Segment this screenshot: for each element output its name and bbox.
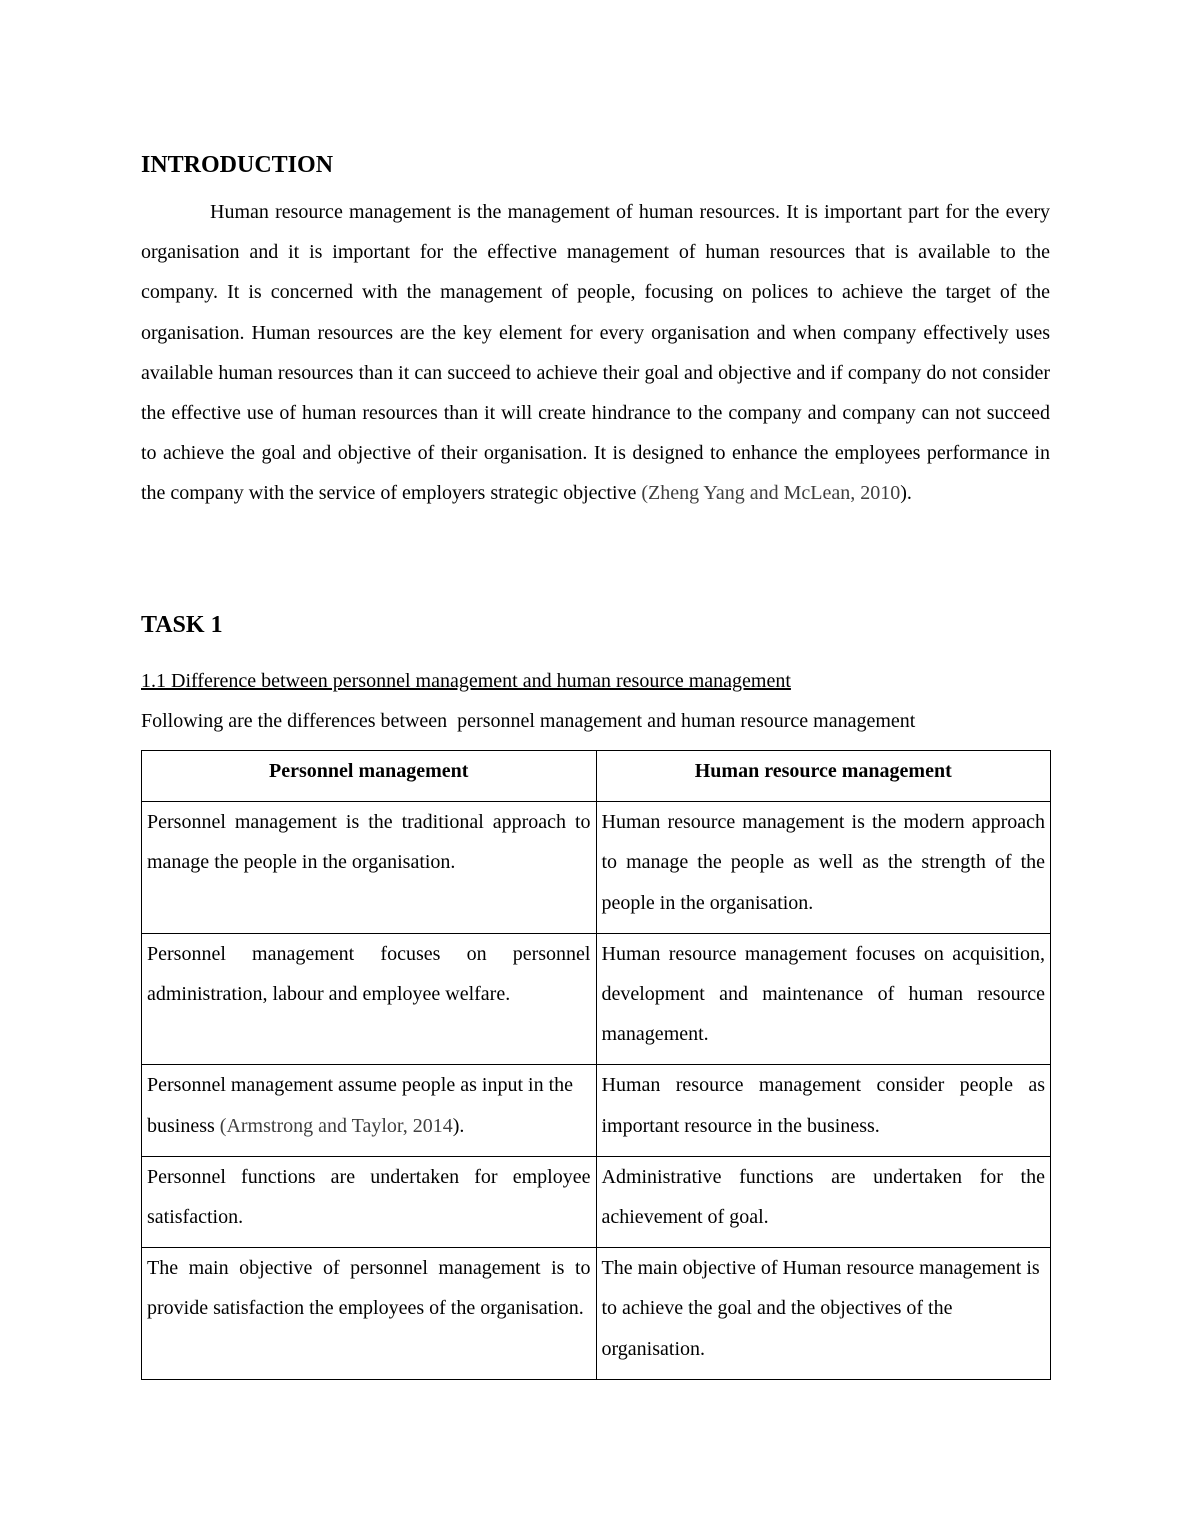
task-heading: TASK 1 [141, 612, 223, 639]
table-row: Personnel management is the traditional … [142, 802, 1051, 934]
header-personnel: Personnel management [142, 751, 597, 802]
cell-hrm: The main objective of Human resource man… [596, 1248, 1051, 1380]
cell-hrm: Human resource management focuses on acq… [596, 933, 1051, 1065]
table-row: Personnel management focuses on personne… [142, 933, 1051, 1065]
cell-personnel: The main objective of personnel manageme… [142, 1248, 597, 1380]
introduction-paragraph: Human resource management is the managem… [141, 192, 1050, 514]
table-row: Personnel management assume people as in… [142, 1065, 1051, 1156]
citation-close: ). [900, 482, 912, 504]
section-subheading: 1.1 Difference between personnel managem… [141, 670, 791, 693]
cell-personnel: Personnel management focuses on personne… [142, 933, 597, 1065]
citation-close: ). [453, 1115, 465, 1137]
table-row: Personnel functions are undertaken for e… [142, 1156, 1051, 1247]
introduction-heading: INTRODUCTION [141, 152, 333, 179]
table-row: The main objective of personnel manageme… [142, 1248, 1051, 1380]
citation: (Zheng Yang and McLean, 2010 [641, 482, 900, 504]
table-header-row: Personnel management Human resource mana… [142, 751, 1051, 802]
lead-sentence: Following are the differences between pe… [141, 710, 915, 733]
header-hrm: Human resource management [596, 751, 1051, 802]
cell-personnel: Personnel management assume people as in… [142, 1065, 597, 1156]
cell-personnel: Personnel management is the traditional … [142, 802, 597, 934]
cell-hrm: Administrative functions are undertaken … [596, 1156, 1051, 1247]
comparison-table: Personnel management Human resource mana… [141, 750, 1051, 1380]
cell-hrm: Human resource management is the modern … [596, 802, 1051, 934]
cell-hrm: Human resource management consider peopl… [596, 1065, 1051, 1156]
citation: (Armstrong and Taylor, 2014 [220, 1115, 453, 1137]
cell-personnel: Personnel functions are undertaken for e… [142, 1156, 597, 1247]
introduction-text: Human resource management is the managem… [141, 201, 1050, 504]
